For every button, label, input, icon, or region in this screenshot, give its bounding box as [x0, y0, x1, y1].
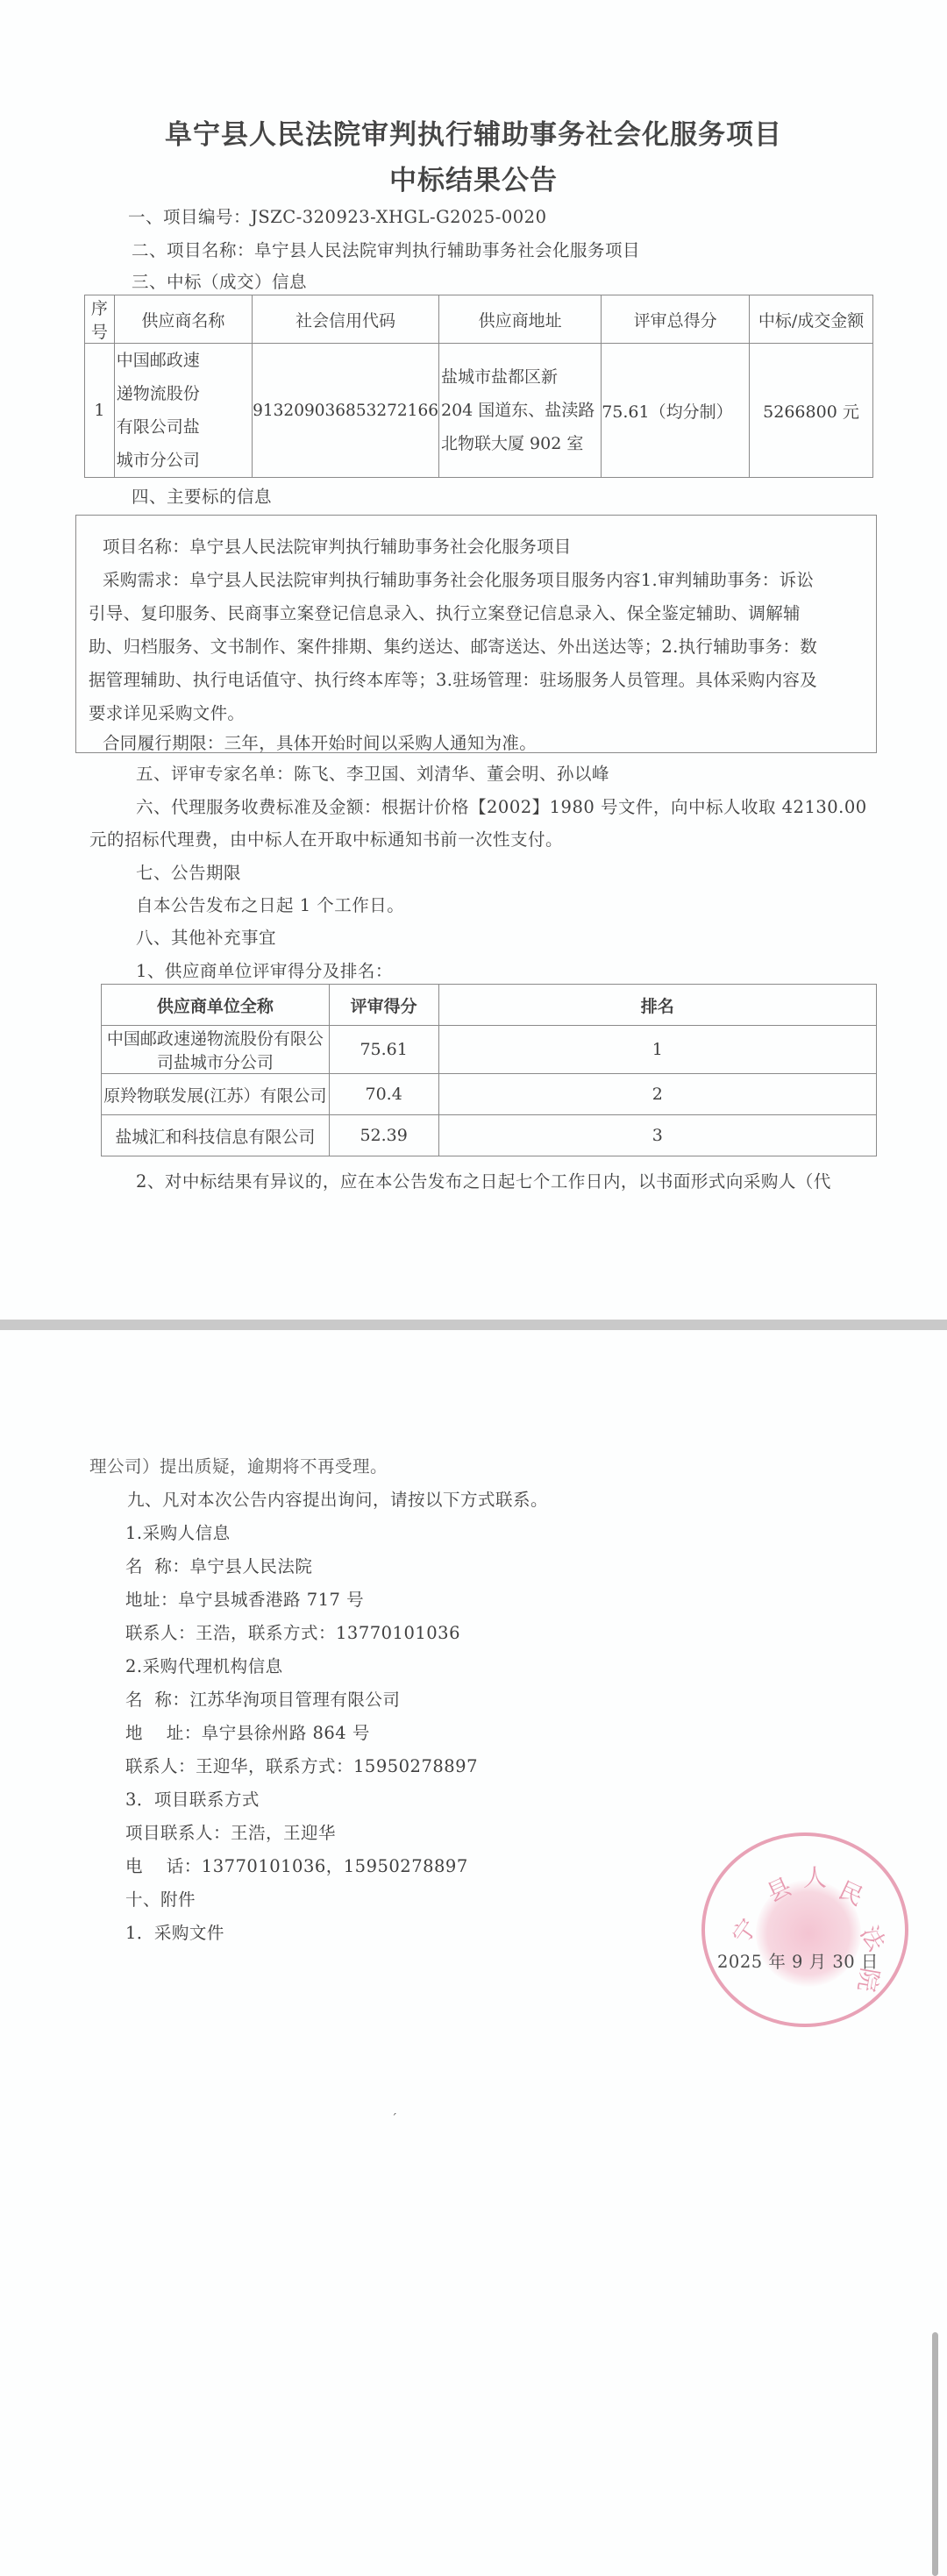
award-table-header: 序号 供应商名称 社会信用代码 供应商地址 评审总得分 中标/成交金额: [85, 295, 873, 344]
section-supplementary: 八、其他补充事宜: [136, 924, 276, 949]
cell-supplier-fullname: 原羚物联发展(江苏）有限公司: [102, 1074, 330, 1115]
address-line: 盐城市盐都区新: [441, 360, 601, 394]
section-attachments: 十、附件: [125, 1886, 196, 1911]
table-row: 中国邮政速递物流股份有限公司盐城市分公司 75.61 1: [102, 1026, 877, 1074]
official-seal-icon: 宁 县 人 民 法 院: [701, 1832, 908, 2027]
cell-rank: 2: [438, 1074, 876, 1115]
purchaser-address: 地址：阜宁县城香港路 717 号: [125, 1586, 364, 1611]
cell-supplier-name: 中国邮政速 递物流股份 有限公司盐 城市分公司: [114, 344, 252, 478]
supplier-name-line: 中国邮政速: [117, 344, 252, 377]
cell-supplier-address: 盐城市盐都区新 204 国道东、盐渎路 北物联大厦 902 室: [439, 344, 602, 478]
subject-info-box: 项目名称：阜宁县人民法院审判执行辅助事务社会化服务项目 采购需求：阜宁县人民法院…: [75, 515, 877, 753]
seal-char: 人: [803, 1859, 827, 1893]
cell-credit-code: 913209036853272166: [253, 344, 439, 478]
objection-notice: 2、对中标结果有异议的，应在本公告发布之日起七个工作日内，以书面形式向采购人（代: [136, 1168, 831, 1192]
scrollbar-thumb[interactable]: [932, 2332, 938, 2576]
objection-notice-cont: 理公司）提出质疑，逾期将不再受理。: [89, 1453, 388, 1477]
cell-supplier-fullname: 盐城汇和科技信息有限公司: [102, 1115, 330, 1156]
cell-rank: 3: [438, 1115, 876, 1156]
section-project-number: 一、项目编号：JSZC-320923-XHGL-G2025-0020: [128, 203, 547, 228]
header-total-score: 评审总得分: [602, 295, 750, 344]
section-notice-period: 七、公告期限: [136, 859, 241, 884]
section-experts: 五、评审专家名单：陈飞、李卫国、刘清华、董会明、孙以峰: [136, 760, 609, 785]
agency-heading: 2.采购代理机构信息: [125, 1653, 283, 1677]
section-subject-info: 四、主要标的信息: [132, 483, 272, 508]
ranking-table-header: 供应商单位全称 评审得分 排名: [102, 985, 877, 1026]
stray-mark: ˊ: [391, 2112, 397, 2126]
section-inquiry: 九、凡对本次公告内容提出询问，请按以下方式联系。: [127, 1486, 548, 1511]
subject-project-name: 项目名称：阜宁县人民法院审判执行辅助事务社会化服务项目: [103, 533, 572, 558]
supplier-name-line: 递物流股份: [117, 377, 252, 410]
purchaser-name: 名 称：阜宁县人民法院: [125, 1553, 312, 1577]
header-supplier-address: 供应商地址: [439, 295, 602, 344]
subject-requirement-line: 助、归档服务、文书制作、案件排期、集约送达、邮寄送达、外出送达等；2.执行辅助事…: [89, 633, 817, 658]
notice-period-body: 自本公告发布之日起 1 个工作日。: [136, 892, 404, 916]
section-agency-fee: 六、代理服务收费标准及金额：根据计价格【2002】1980 号文件，向中标人收取…: [136, 793, 867, 818]
header-score: 评审得分: [329, 985, 438, 1026]
document-title: 阜宁县人民法院审判执行辅助事务社会化服务项目: [0, 112, 947, 152]
header-award-amount: 中标/成交金额: [750, 295, 873, 344]
cell-award-amount: 5266800 元: [750, 344, 873, 478]
page-break-divider: [0, 1320, 947, 1330]
subject-requirement-line: 据管理辅助、执行电话值守、执行终本库等；3.驻场管理：驻场服务人员管理。具体采购…: [89, 666, 817, 691]
ranking-intro: 1、供应商单位评审得分及排名：: [136, 957, 393, 982]
subject-requirement-line: 要求详见采购文件。: [89, 700, 245, 724]
header-credit-code: 社会信用代码: [253, 295, 439, 344]
agency-address: 地 址：阜宁县徐州路 864 号: [125, 1719, 370, 1744]
supplier-name-line: 有限公司盐: [117, 410, 252, 444]
address-line: 北物联大厦 902 室: [441, 427, 601, 460]
project-phone: 电 话：13770101036，15950278897: [125, 1853, 468, 1877]
project-contacts: 项目联系人：王浩，王迎华: [125, 1819, 336, 1844]
agency-name: 名 称：江苏华洵项目管理有限公司: [125, 1686, 400, 1711]
cell-supplier-fullname: 中国邮政速递物流股份有限公司盐城市分公司: [102, 1026, 330, 1074]
cell-score: 52.39: [329, 1115, 438, 1156]
cell-total-score: 75.61（均分制）: [602, 344, 750, 478]
table-row: 原羚物联发展(江苏）有限公司 70.4 2: [102, 1074, 877, 1115]
header-supplier-fullname: 供应商单位全称: [102, 985, 330, 1026]
cell-score: 70.4: [329, 1074, 438, 1115]
ranking-table: 供应商单位全称 评审得分 排名 中国邮政速递物流股份有限公司盐城市分公司 75.…: [101, 984, 877, 1156]
project-contact-heading: 3．项目联系方式: [125, 1786, 260, 1811]
document-date: 2025 年 9 月 30 日: [717, 1948, 879, 1973]
section-agency-fee-cont: 元的招标代理费，由中标人在开取中标通知书前一次性支付。: [89, 826, 563, 850]
cell-rank: 1: [438, 1026, 876, 1074]
subject-contract-term: 合同履行期限：三年，具体开始时间以采购人通知为准。: [103, 729, 537, 754]
document-subtitle: 中标结果公告: [0, 158, 947, 197]
section-project-name: 二、项目名称：阜宁县人民法院审判执行辅助事务社会化服务项目: [132, 237, 640, 261]
purchaser-contact: 联系人：王浩，联系方式：13770101036: [125, 1619, 460, 1644]
address-line: 204 国道东、盐渎路: [441, 394, 601, 427]
agency-contact: 联系人：王迎华，联系方式：15950278897: [125, 1753, 478, 1777]
header-rank: 排名: [438, 985, 876, 1026]
supplier-name-line: 城市分公司: [117, 444, 252, 477]
table-row: 1 中国邮政速 递物流股份 有限公司盐 城市分公司 91320903685327…: [85, 344, 873, 478]
table-row: 盐城汇和科技信息有限公司 52.39 3: [102, 1115, 877, 1156]
subject-requirement-line: 采购需求：阜宁县人民法院审判执行辅助事务社会化服务项目服务内容1.审判辅助事务：…: [103, 566, 814, 591]
cell-score: 75.61: [329, 1026, 438, 1074]
purchaser-heading: 1.采购人信息: [125, 1519, 231, 1544]
subject-requirement-line: 引导、复印服务、民商事立案登记信息录入、执行立案登记信息录入、保全鉴定辅助、调解…: [89, 600, 801, 624]
header-supplier-name: 供应商名称: [114, 295, 252, 344]
award-table: 序号 供应商名称 社会信用代码 供应商地址 评审总得分 中标/成交金额 1 中国…: [84, 295, 873, 478]
attachment-item: 1．采购文件: [125, 1919, 224, 1944]
header-index: 序号: [85, 295, 115, 344]
section-award-info: 三、中标（成交）信息: [132, 268, 307, 293]
cell-index: 1: [85, 344, 115, 478]
